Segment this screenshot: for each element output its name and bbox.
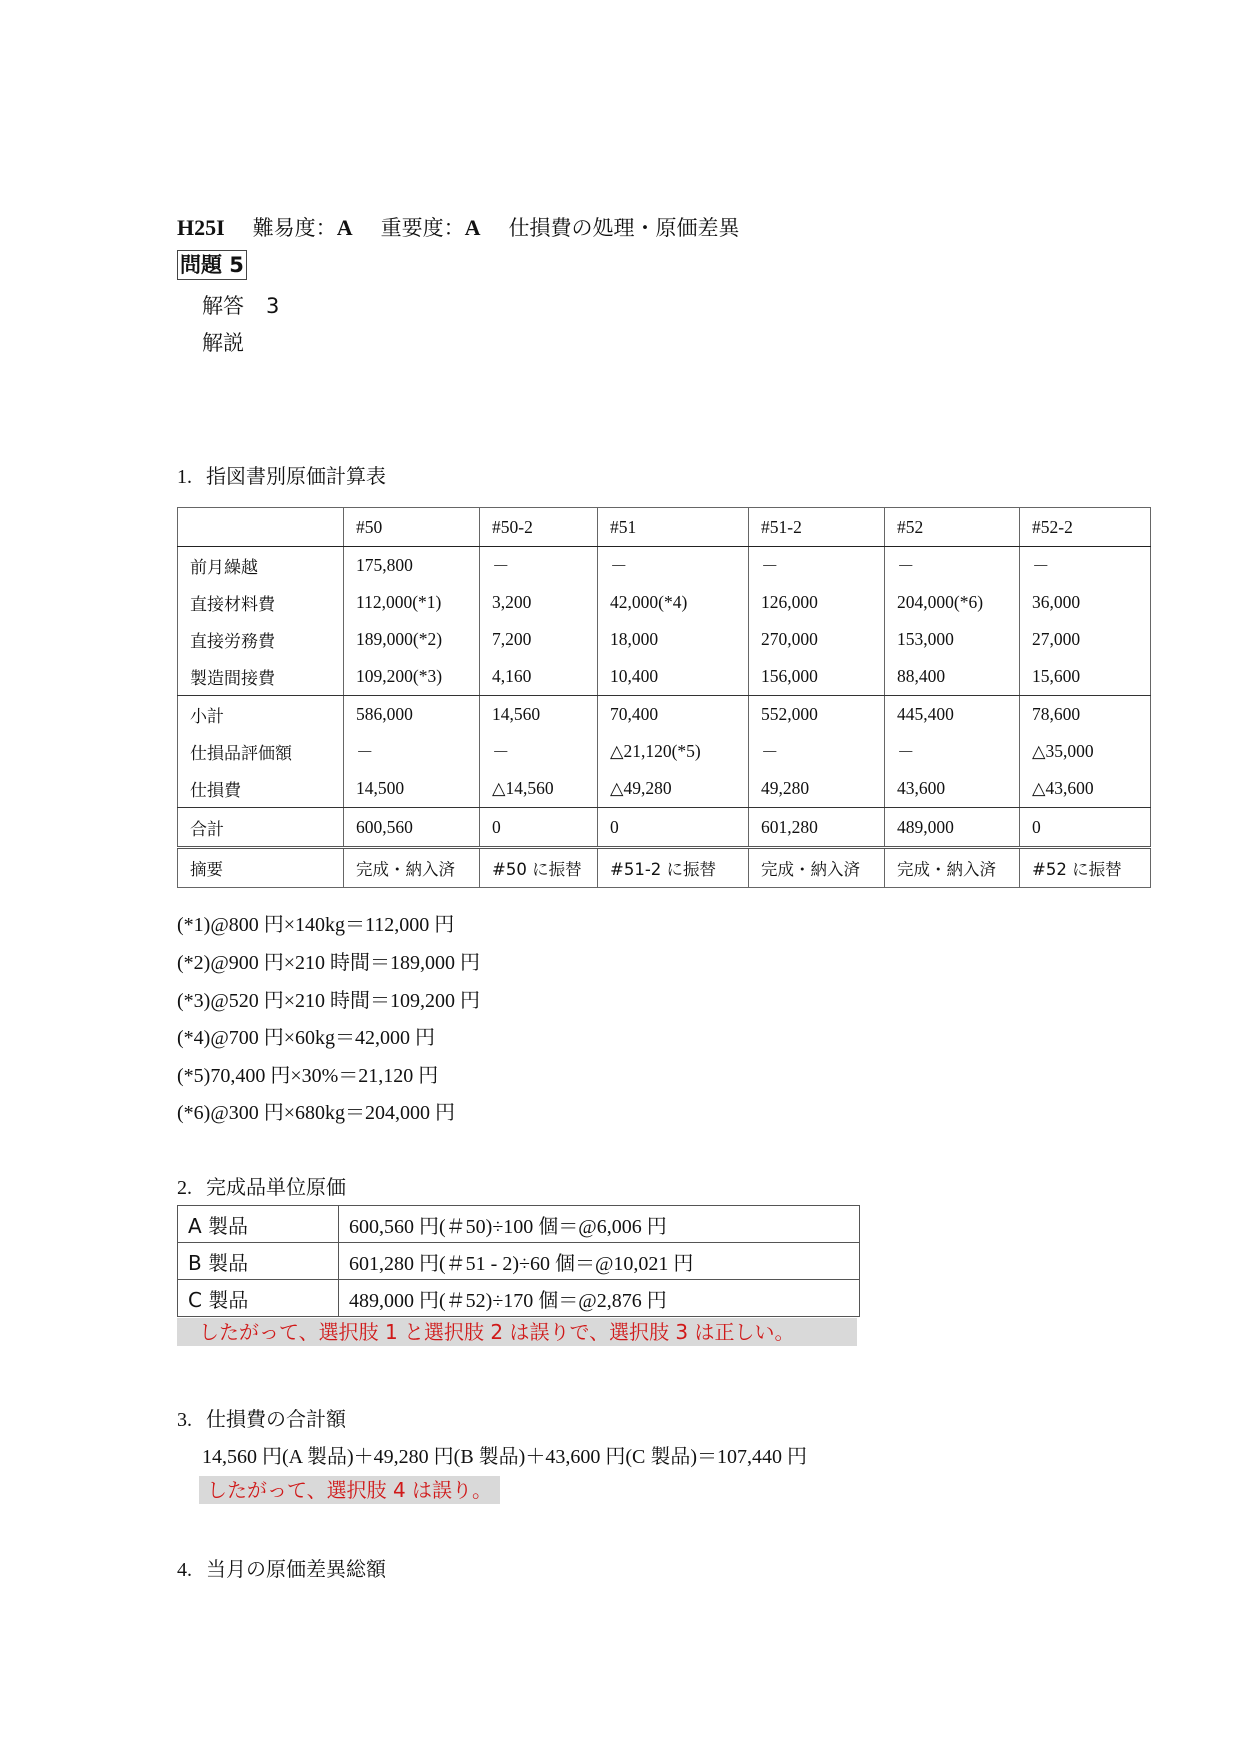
row-label: 製造間接費	[178, 658, 344, 696]
table-cell: 126,000	[749, 584, 885, 621]
product-label: B 製品	[178, 1243, 339, 1280]
table-cell: －	[749, 547, 885, 585]
section-2-heading: 2.完成品単位原価	[177, 1171, 346, 1200]
table-cell: 42,000(*4)	[598, 584, 749, 621]
column-header: #50	[344, 508, 480, 547]
table-cell: 完成・納入済	[885, 848, 1020, 888]
table-cell: 14,560	[480, 696, 598, 734]
table-cell: 153,000	[885, 621, 1020, 658]
table-cell: 445,400	[885, 696, 1020, 734]
table-cell: 489,000	[885, 808, 1020, 848]
table-cell: 0	[598, 808, 749, 848]
question-number-box: 問題 5	[177, 250, 247, 280]
answer-value: 3	[266, 294, 279, 318]
topic-title: 仕損費の処理・原価差異	[508, 216, 739, 240]
unit-cost-calc: 489,000 円(＃52)÷170 個＝@2,876 円	[339, 1280, 860, 1317]
row-label: 合計	[178, 808, 344, 848]
table-cell: －	[480, 733, 598, 770]
table-cell: 109,200(*3)	[344, 658, 480, 696]
table-cell: 10,400	[598, 658, 749, 696]
table-cell: #50 に振替	[480, 848, 598, 888]
table-row-memo: 摘要 完成・納入済 #50 に振替 #51-2 に振替 完成・納入済 完成・納入…	[178, 848, 1151, 888]
table-cell: －	[480, 547, 598, 585]
column-header: #52	[885, 508, 1020, 547]
table-cell: 3,200	[480, 584, 598, 621]
row-label: 直接材料費	[178, 584, 344, 621]
row-label: 小計	[178, 696, 344, 734]
section-title: 仕損費の合計額	[206, 1407, 346, 1431]
table-row: 仕損品評価額 － － △21,120(*5) － － △35,000	[178, 733, 1151, 770]
table-row: 直接労務費 189,000(*2) 7,200 18,000 270,000 1…	[178, 621, 1151, 658]
table-cell: 112,000(*1)	[344, 584, 480, 621]
column-header: #51	[598, 508, 749, 547]
table-cell: 552,000	[749, 696, 885, 734]
table-cell: △43,600	[1020, 770, 1151, 808]
table-cell: 189,000(*2)	[344, 621, 480, 658]
table-cell: 49,280	[749, 770, 885, 808]
section-1-heading: 1.指図書別原価計算表	[177, 460, 386, 489]
row-label: 摘要	[178, 848, 344, 888]
table-cell: #51-2 に振替	[598, 848, 749, 888]
table-cell: －	[885, 733, 1020, 770]
table-row: 仕損費 14,500 △14,560 △49,280 49,280 43,600…	[178, 770, 1151, 808]
table-row-total: 合計 600,560 0 0 601,280 489,000 0	[178, 808, 1151, 848]
table-cell: 204,000(*6)	[885, 584, 1020, 621]
table-cell: #52 に振替	[1020, 848, 1151, 888]
table-cell: 270,000	[749, 621, 885, 658]
table-row: C 製品 489,000 円(＃52)÷170 個＝@2,876 円	[178, 1280, 860, 1317]
table-cell: 586,000	[344, 696, 480, 734]
table-row: 前月繰越 175,800 － － － － －	[178, 547, 1151, 585]
section-title: 当月の原価差異総額	[206, 1557, 386, 1581]
table-cell: 601,280	[749, 808, 885, 848]
table-cell: △35,000	[1020, 733, 1151, 770]
footnote: (*3)@520 円×210 時間＝109,200 円	[177, 984, 480, 1013]
table-header-row: #50 #50-2 #51 #51-2 #52 #52-2	[178, 508, 1151, 547]
table-row: 直接材料費 112,000(*1) 3,200 42,000(*4) 126,0…	[178, 584, 1151, 621]
table-cell: 7,200	[480, 621, 598, 658]
answer-label: 解答	[202, 294, 244, 318]
table-cell: －	[598, 547, 749, 585]
conclusion-note: したがって、選択肢 4 は誤り。	[199, 1476, 500, 1504]
table-cell: 43,600	[885, 770, 1020, 808]
row-label: 仕損品評価額	[178, 733, 344, 770]
table-cell: 600,560	[344, 808, 480, 848]
table-cell: △21,120(*5)	[598, 733, 749, 770]
table-cell: －	[885, 547, 1020, 585]
document-title: H25I難易度：A重要度：A仕損費の処理・原価差異	[177, 212, 739, 242]
section-3-heading: 3.仕損費の合計額	[177, 1403, 346, 1432]
importance-label: 重要度：	[381, 216, 465, 240]
table-cell: 15,600	[1020, 658, 1151, 696]
answer-line: 解答3	[202, 290, 279, 320]
table-cell: 70,400	[598, 696, 749, 734]
section-number: 2.	[177, 1177, 192, 1199]
section-number: 1.	[177, 466, 192, 488]
table-row: B 製品 601,280 円(＃51 - 2)÷60 個＝@10,021 円	[178, 1243, 860, 1280]
table-cell: 156,000	[749, 658, 885, 696]
unit-cost-calc: 600,560 円(＃50)÷100 個＝@6,006 円	[339, 1206, 860, 1243]
conclusion-note: したがって、選択肢 1 と選択肢 2 は誤りで、選択肢 3 は正しい。	[177, 1318, 857, 1346]
column-header: #51-2	[749, 508, 885, 547]
section-title: 指図書別原価計算表	[206, 464, 386, 488]
footnote: (*1)@800 円×140kg＝112,000 円	[177, 908, 454, 937]
row-label: 直接労務費	[178, 621, 344, 658]
table-cell: 0	[1020, 808, 1151, 848]
table-row: 小計 586,000 14,560 70,400 552,000 445,400…	[178, 696, 1151, 734]
unit-cost-table: A 製品 600,560 円(＃50)÷100 個＝@6,006 円 B 製品 …	[177, 1205, 860, 1317]
table-cell: 完成・納入済	[344, 848, 480, 888]
table-cell: 4,160	[480, 658, 598, 696]
row-label: 仕損費	[178, 770, 344, 808]
table-cell: 36,000	[1020, 584, 1151, 621]
section-title: 完成品単位原価	[206, 1175, 346, 1199]
table-cell: △49,280	[598, 770, 749, 808]
table-cell: △14,560	[480, 770, 598, 808]
table-cell: 175,800	[344, 547, 480, 585]
column-header: #52-2	[1020, 508, 1151, 547]
unit-cost-calc: 601,280 円(＃51 - 2)÷60 個＝@10,021 円	[339, 1243, 860, 1280]
explanation-label: 解説	[202, 327, 244, 357]
difficulty-value: A	[337, 215, 353, 240]
importance-value: A	[465, 215, 481, 240]
row-label: 前月繰越	[178, 547, 344, 585]
table-cell: －	[344, 733, 480, 770]
section-4-heading: 4.当月の原価差異総額	[177, 1553, 386, 1582]
job-cost-sheet-table: #50 #50-2 #51 #51-2 #52 #52-2 前月繰越 175,8…	[177, 507, 1151, 888]
footnote: (*5)70,400 円×30%＝21,120 円	[177, 1059, 438, 1088]
spoilage-total-equation: 14,560 円(A 製品)＋49,280 円(B 製品)＋43,600 円(C…	[202, 1440, 807, 1469]
product-label: C 製品	[178, 1280, 339, 1317]
footnote: (*6)@300 円×680kg＝204,000 円	[177, 1096, 455, 1125]
table-cell: 78,600	[1020, 696, 1151, 734]
problem-code: H25I	[177, 215, 225, 240]
column-header	[178, 508, 344, 547]
table-cell: 88,400	[885, 658, 1020, 696]
difficulty-label: 難易度：	[253, 216, 337, 240]
table-cell: 18,000	[598, 621, 749, 658]
table-cell: －	[749, 733, 885, 770]
section-number: 3.	[177, 1409, 192, 1431]
table-cell: 27,000	[1020, 621, 1151, 658]
table-row: A 製品 600,560 円(＃50)÷100 個＝@6,006 円	[178, 1206, 860, 1243]
table-cell: 0	[480, 808, 598, 848]
table-row: 製造間接費 109,200(*3) 4,160 10,400 156,000 8…	[178, 658, 1151, 696]
footnote: (*4)@700 円×60kg＝42,000 円	[177, 1021, 435, 1050]
product-label: A 製品	[178, 1206, 339, 1243]
footnote: (*2)@900 円×210 時間＝189,000 円	[177, 946, 480, 975]
table-cell: －	[1020, 547, 1151, 585]
column-header: #50-2	[480, 508, 598, 547]
table-cell: 14,500	[344, 770, 480, 808]
table-cell: 完成・納入済	[749, 848, 885, 888]
section-number: 4.	[177, 1559, 192, 1581]
